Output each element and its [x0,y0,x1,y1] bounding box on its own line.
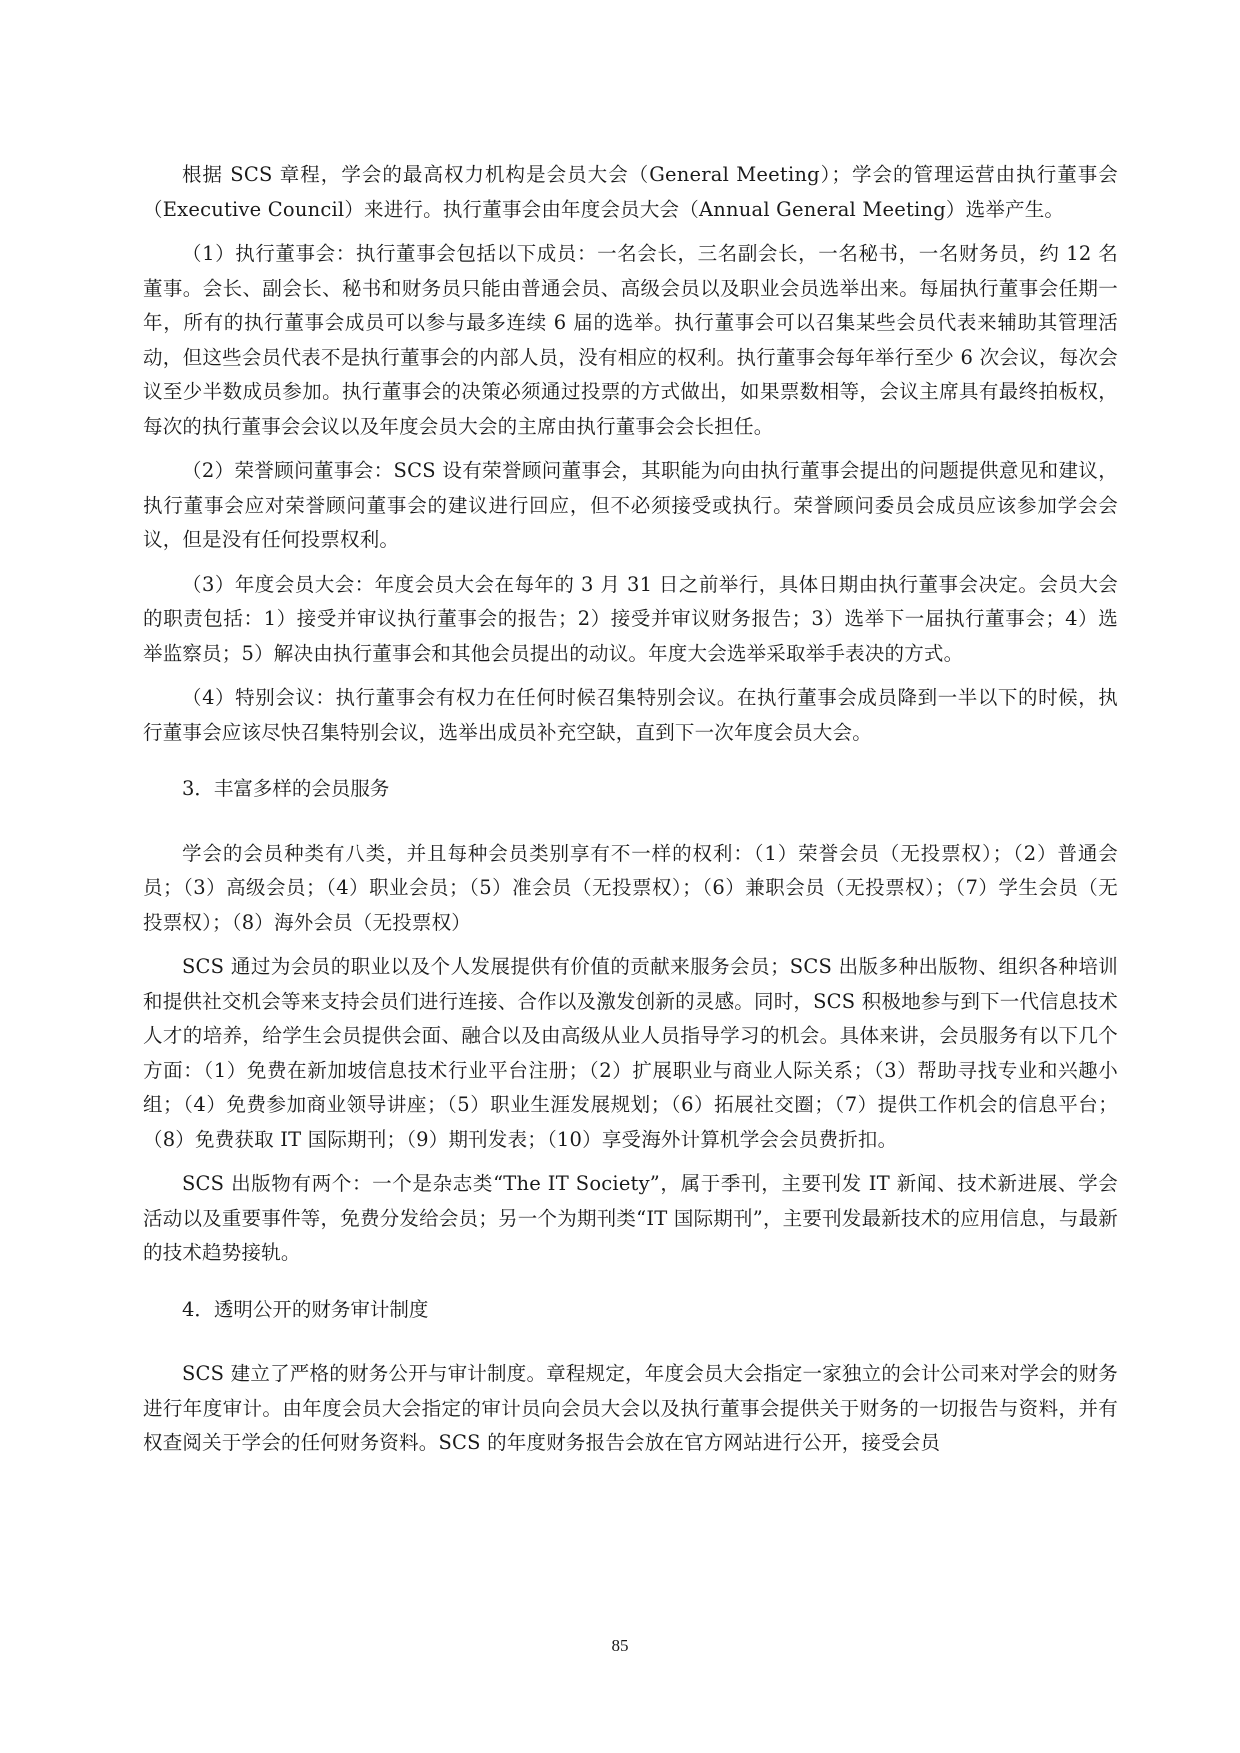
paragraph-governance-intro: 根据 SCS 章程，学会的最高权力机构是会员大会（General Meeting… [143,158,1118,227]
paragraph-annual-general-meeting: （3）年度会员大会：年度会员大会在每年的 3 月 31 日之前举行，具体日期由执… [143,568,1118,672]
paragraph-special-meeting: （4）特别会议：执行董事会有权力在任何时候召集特别会议。在执行董事会成员降到一半… [143,681,1118,750]
section-heading-financial-audit: 4．透明公开的财务审计制度 [143,1293,1118,1328]
page-content: 根据 SCS 章程，学会的最高权力机构是会员大会（General Meeting… [143,158,1118,1471]
page-number: 85 [0,1636,1240,1656]
document-page: 根据 SCS 章程，学会的最高权力机构是会员大会（General Meeting… [0,0,1240,1753]
paragraph-member-types: 学会的会员种类有八类，并且每种会员类别享有不一样的权利：（1）荣誉会员（无投票权… [143,837,1118,941]
paragraph-executive-council: （1）执行董事会：执行董事会包括以下成员：一名会长，三名副会长，一名秘书，一名财… [143,237,1118,444]
paragraph-publications: SCS 出版物有两个：一个是杂志类“The IT Society”，属于季刊，主… [143,1167,1118,1271]
section-heading-member-services: 3．丰富多样的会员服务 [143,772,1118,807]
paragraph-financial-audit: SCS 建立了严格的财务公开与审计制度。章程规定，年度会员大会指定一家独立的会计… [143,1357,1118,1461]
paragraph-honorary-advisory-board: （2）荣誉顾问董事会：SCS 设有荣誉顾问董事会，其职能为向由执行董事会提出的问… [143,454,1118,558]
paragraph-member-services: SCS 通过为会员的职业以及个人发展提供有价值的贡献来服务会员；SCS 出版多种… [143,950,1118,1157]
